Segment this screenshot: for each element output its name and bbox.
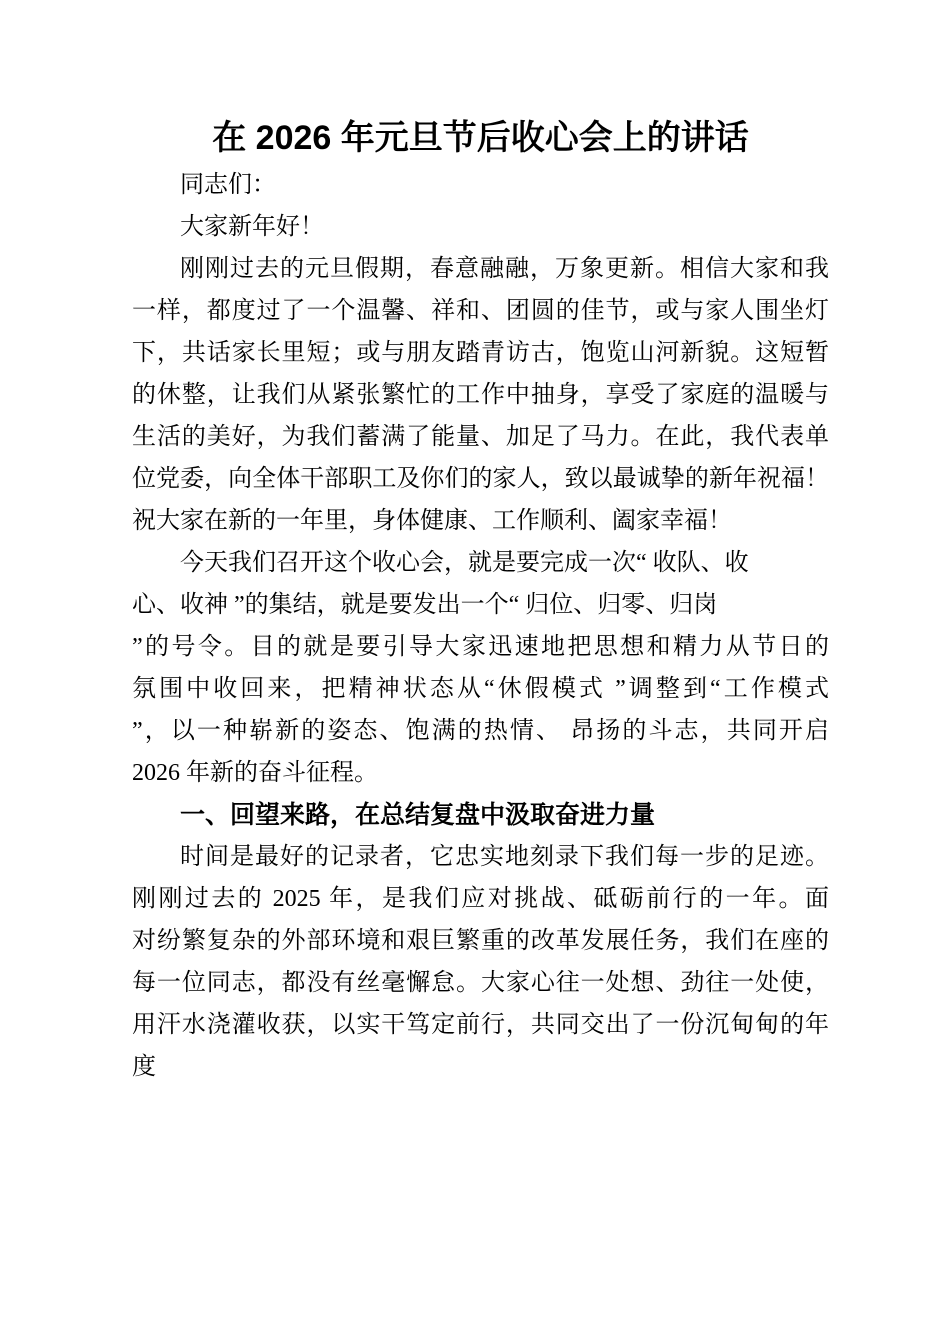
text-line: 的休整，让我们从紧张繁忙的工作中抽身，享受了家庭的温暖与 bbox=[132, 374, 829, 416]
document-body: 同志们：大家新年好！刚刚过去的元旦假期，春意融融，万象更新。相信大家和我一样，都… bbox=[132, 164, 829, 1088]
document-page: 在 2026 年元旦节后收心会上的讲话 同志们：大家新年好！刚刚过去的元旦假期，… bbox=[0, 0, 950, 1344]
text-line: 生活的美好，为我们蓄满了能量、加足了马力。在此，我代表单 bbox=[132, 416, 829, 458]
text-line: 2026 年新的奋斗征程。 bbox=[132, 752, 829, 794]
text-line: ”，以一种崭新的姿态、饱满的热情、 昂扬的斗志，共同开启 bbox=[132, 710, 829, 752]
text-line: 祝大家在新的一年里，身体健康、工作顺利、阖家幸福！ bbox=[132, 500, 829, 542]
text-line: 用汗水浇灌收获，以实干笃定前行，共同交出了一份沉甸甸的年 bbox=[132, 1004, 829, 1046]
text-line: ”的号令。目的就是要引导大家迅速地把思想和精力从节日的 bbox=[132, 626, 829, 668]
text-line: 时间是最好的记录者，它忠实地刻录下我们每一步的足迹。 bbox=[132, 836, 829, 878]
text-line: 刚刚过去的元旦假期，春意融融，万象更新。相信大家和我 bbox=[132, 248, 829, 290]
text-line: 今天我们召开这个收心会，就是要完成一次“ 收队、收 bbox=[132, 542, 829, 584]
text-line: 对纷繁复杂的外部环境和艰巨繁重的改革发展任务，我们在座的 bbox=[132, 920, 829, 962]
text-line: 度 bbox=[132, 1046, 829, 1088]
text-line: 每一位同志，都没有丝毫懈怠。大家心往一处想、劲往一处使， bbox=[132, 962, 829, 1004]
text-line: 氛围中收回来，把精神状态从“休假模式 ”调整到“工作模式 bbox=[132, 668, 829, 710]
text-line: 位党委，向全体干部职工及你们的家人，致以最诚挚的新年祝福！ bbox=[132, 458, 829, 500]
text-line: 刚刚过去的 2025 年，是我们应对挑战、砥砺前行的一年。面 bbox=[132, 878, 829, 920]
text-line: 下，共话家长里短；或与朋友踏青访古，饱览山河新貌。这短暂 bbox=[132, 332, 829, 374]
text-line: 一样，都度过了一个温馨、祥和、团圆的佳节，或与家人围坐灯 bbox=[132, 290, 829, 332]
text-line: 大家新年好！ bbox=[132, 206, 829, 248]
text-line: 同志们： bbox=[132, 164, 829, 206]
section-heading: 一、回望来路，在总结复盘中汲取奋进力量 bbox=[132, 794, 829, 836]
text-line: 心、收神 ”的集结，就是要发出一个“ 归位、归零、归岗 bbox=[132, 584, 829, 626]
document-title: 在 2026 年元旦节后收心会上的讲话 bbox=[132, 112, 829, 164]
